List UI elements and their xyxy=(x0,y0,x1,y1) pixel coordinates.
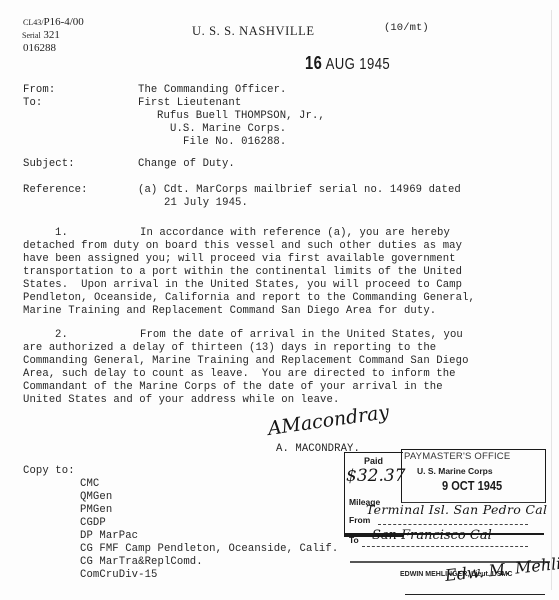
serial: Serial 321 xyxy=(22,29,60,41)
date-day: 16 xyxy=(305,53,322,73)
paragraph-1-number: 1. xyxy=(55,227,68,240)
copy-recipient: CMC xyxy=(80,478,99,491)
to-stamp-label: To xyxy=(349,535,359,545)
copy-recipient: QMGen xyxy=(80,491,112,504)
file-code-value: P16-4/00 xyxy=(43,16,83,28)
to-line: First Lieutenant xyxy=(138,97,241,110)
copy-recipient: CGDP xyxy=(80,517,106,530)
reference-line: 21 July 1945. xyxy=(164,197,248,210)
paragraph-2-line: are authorized a delay of thirteen (13) … xyxy=(23,342,533,355)
paid-amount: $32.37 xyxy=(346,466,405,486)
from-label: From: xyxy=(23,84,55,97)
paragraph-2-line: Area, such delay to count as leave. You … xyxy=(23,368,533,381)
paymaster-corps-line: U. S. Marine Corps xyxy=(417,466,493,476)
file-number: 016288 xyxy=(23,42,56,54)
paragraph-1-line: have been assigned you; will proceed via… xyxy=(23,253,533,266)
paragraph-2-first-line: From the date of arrival in the United S… xyxy=(140,329,463,342)
to-line: U.S. Marine Corps. xyxy=(170,123,286,136)
signature-underline xyxy=(405,594,545,595)
from-dotted-line xyxy=(378,524,528,525)
to-line: File No. 016288. xyxy=(183,136,286,149)
paragraph-1-first-line: In accordance with reference (a), you ar… xyxy=(140,227,450,240)
copy-recipient: CG FMF Camp Pendleton, Oceanside, Calif. xyxy=(80,543,338,556)
file-code: CL43/P16-4/00 xyxy=(23,16,84,28)
subject-value: Change of Duty. xyxy=(138,158,235,171)
copy-to-label: Copy to: xyxy=(23,465,75,478)
page-edge xyxy=(551,10,552,590)
copy-recipient: CG MarTra&ReplComd. xyxy=(80,556,203,569)
paragraph-1-line: States. Upon arrival in the United State… xyxy=(23,279,533,292)
reference-line: (a) Cdt. MarCorps mailbrief serial no. 1… xyxy=(138,184,461,197)
mileage-handwritten: Terminal Isl. San Pedro Cal xyxy=(366,502,547,517)
paragraph-2-line: Commandant of the Marine Corps of the da… xyxy=(23,381,533,394)
to-label: To: xyxy=(23,97,42,110)
paragraph-1-line: Pendleton, Oceanside, California and rep… xyxy=(23,292,533,305)
reference-label: Reference: xyxy=(23,184,88,197)
subject-label: Subject: xyxy=(23,158,75,171)
paragraph-2-line: Commanding General, Marine Training and … xyxy=(23,355,533,368)
copy-recipient: ComCruDiv-15 xyxy=(80,569,158,582)
file-code-prefix: CL43/ xyxy=(23,18,43,27)
paymaster-signature: Edw. M. Mehlinger xyxy=(444,550,559,585)
date-month-year: AUG 1945 xyxy=(326,56,391,73)
copy-recipient: DP MarPac xyxy=(80,530,138,543)
paragraph-1-line: transportation to a port within the cont… xyxy=(23,266,533,279)
paymaster-office-line: PAYMASTER'S OFFICE xyxy=(404,451,510,462)
ship-name: U. S. S. NASHVILLE xyxy=(192,24,315,39)
serial-number: 321 xyxy=(43,29,60,41)
paragraph-2-line: United States and of your address while … xyxy=(23,394,533,407)
copy-recipient: PMGen xyxy=(80,504,112,517)
serial-label: Serial xyxy=(22,31,41,40)
paragraph-1-line: Marine Training and Replacement Command … xyxy=(23,305,533,318)
typist-code: (10/mt) xyxy=(384,22,429,35)
paymaster-date: 9 OCT 1945 xyxy=(442,478,502,493)
letter-page: CL43/P16-4/00 Serial 321 016288 U. S. S.… xyxy=(0,0,559,600)
to-dotted-line xyxy=(362,546,528,547)
paragraph-1-line: detached from duty on board this vessel … xyxy=(23,240,533,253)
to-handwritten: San Francisco Cal xyxy=(372,528,492,543)
paid-label: Paid xyxy=(364,456,383,466)
from-stamp-label: From xyxy=(349,515,370,525)
date-stamp: 16 AUG 1945 xyxy=(305,53,390,74)
paragraph-2-number: 2. xyxy=(55,329,68,342)
from-value: The Commanding Officer. xyxy=(138,84,287,97)
to-line: Rufus Buell THOMPSON, Jr., xyxy=(157,110,325,123)
